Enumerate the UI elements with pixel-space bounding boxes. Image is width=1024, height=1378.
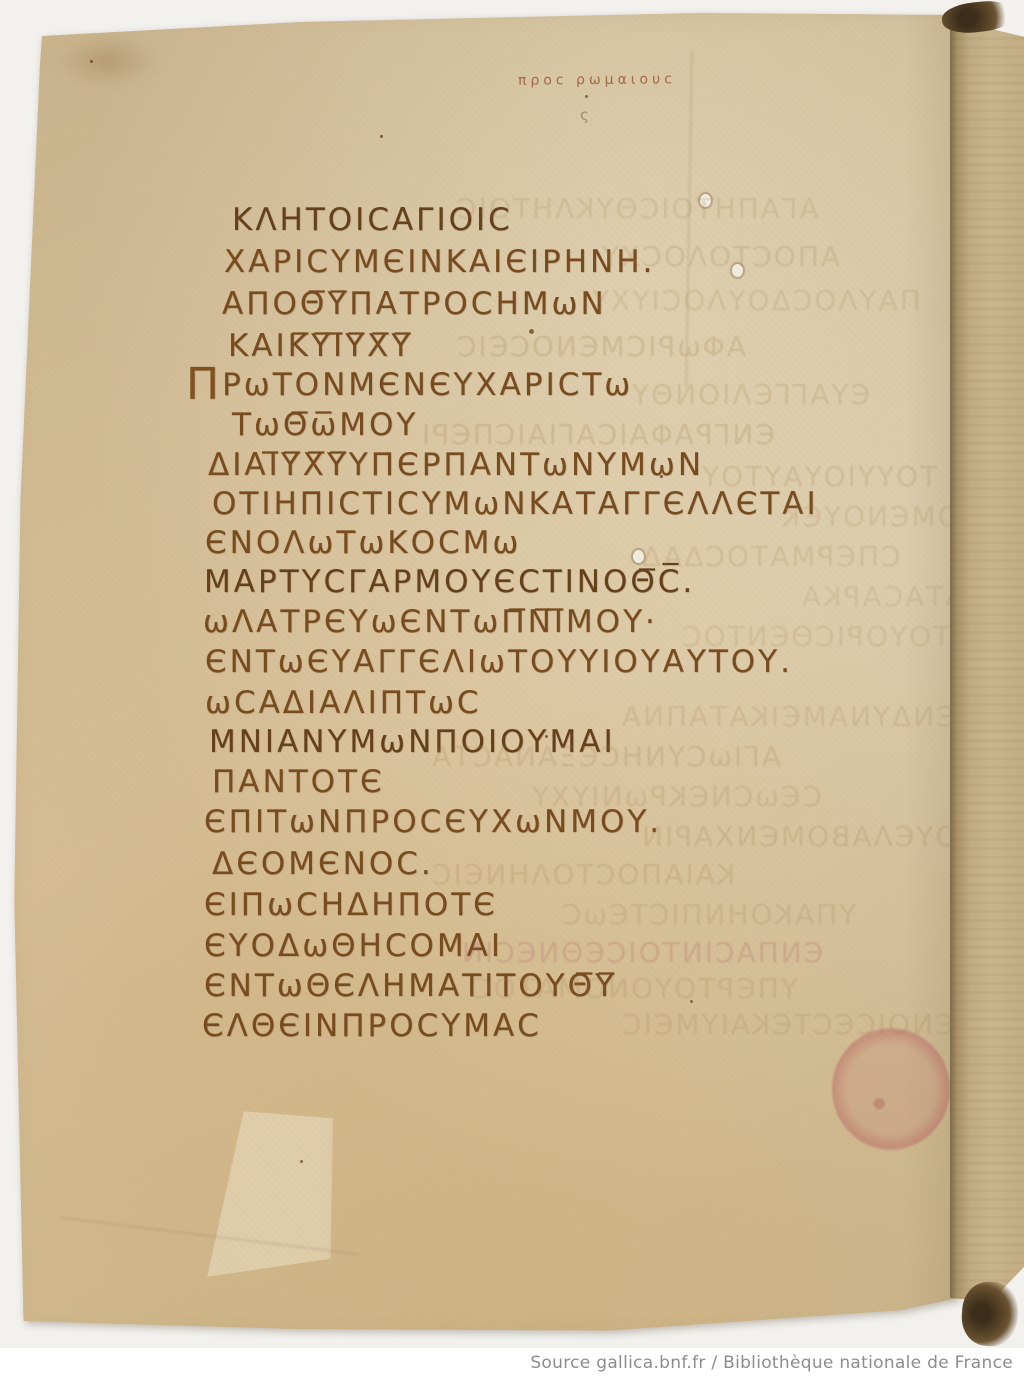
manuscript-line: ΧΑΡΙCΥΜЄΙΝΚΑΙЄΙΡΗΝΗ.	[224, 244, 655, 280]
ghost-text-line: ΚΑΙΑΠΟCΤΟΛΗΝЄΙC	[430, 858, 735, 891]
manuscript-line: ωΛΑΤΡЄΥωЄΝΤωΠ̅Ν̅Ι̅ΜΟΥ·	[203, 604, 658, 640]
manuscript-line: ωCΑΔΙΑΛΙΠΤωC	[205, 685, 482, 721]
ghost-text-line: ΑΠΟCΤΟΛΟCΧΥ	[600, 240, 840, 273]
ghost-text-line: ΤΟΥΥΙΟΥΑΥΤΟΥ	[700, 460, 937, 493]
ghost-text-line: CΠЄΡΜΑΤΟCΔΑΔ	[640, 540, 901, 573]
manuscript-line: ЄΝΤωЄΥΑΓΓЄΛΙωΤΟΥΥΙΟΥΑΥΤΟΥ.	[205, 644, 793, 680]
manuscript-line: ΤωΘ̅ω̅ΜΟΥ	[232, 407, 418, 443]
wormhole	[732, 264, 743, 277]
manuscript-line: ЄΙΠωCΗΔΗΠΟΤЄ	[204, 887, 498, 923]
manuscript-line: ЄΛΘЄΙΝΠΡΟCΥΜΑC	[202, 1008, 542, 1044]
parchment-repair-patch	[196, 1104, 336, 1284]
manuscript-line: ЄΠΙΤωΝΠΡΟCЄΥΧωΝΜΟΥ.	[204, 804, 662, 840]
manuscript-line: ΜΝΙΑΝΥΜωΝΠΟΙΟΥΜΑΙ	[209, 724, 616, 760]
manuscript-line: ЄΥΟΔωΘΗCΟΜΑΙ	[204, 928, 503, 964]
manuscript-line: ΔЄΟΜЄΝΟC.	[212, 846, 434, 882]
ghost-text-line: ΥΠΑΚΟΗΝΠΙCΤЄωC	[560, 898, 856, 931]
running-title: προc ρωμαιουc	[518, 71, 676, 88]
wormhole	[633, 550, 644, 563]
ghost-text-line: ΑΓΑΠΗΤΟΙCΘΥΚΛΗΤΟΙC	[455, 192, 819, 225]
stain	[58, 36, 158, 86]
manuscript-line-text: ΡωΤΟΝΜЄΝЄΥΧΑΡΙCΤω	[222, 367, 633, 403]
ghost-text-line: CЄωCΝЄΚΡωΝΙΥΧΥ	[530, 780, 822, 813]
ghost-text-line: ΑΓΙωCΥΝΗCЄΞΑΝΑCΤΑ	[430, 740, 781, 773]
manuscript-line: ΠΡωΤΟΝΜЄΝЄΥΧΑΡΙCΤω	[186, 367, 633, 403]
ink-speckles	[380, 135, 383, 138]
enlarged-initial: Π	[186, 359, 222, 410]
manuscript-line: ΜΑΡΤΥCΓΑΡΜΟΥЄCΤΙΝΟΘ̅C̅.	[204, 564, 695, 600]
ghost-text-line: ΠΑΥΛΟCΔΟΥΛΟCΙΥΧΥ	[590, 284, 921, 317]
ghost-text-line: ΔΙΟΥЄΛΑΒΟΜЄΝΧΑΡΙΝ	[640, 820, 989, 853]
crease	[61, 1217, 359, 1256]
source-attribution-text: Source gallica.bnf.fr / Bibliothèque nat…	[530, 1353, 1024, 1373]
ghost-text-line: ЄΝΓΡΑΦΑΙCΑΓΙΑΙCΠЄΡΙ	[420, 418, 775, 451]
ghost-text-line: ΑΦωΡΙCΜЄΝΟCЄΙC	[455, 330, 746, 363]
scanned-manuscript-viewer: προc ρωμαιουc ς ΚΛΗΤΟΙCΑΓΙΟΙC ΧΑΡΙCΥΜЄΙΝ…	[0, 0, 1024, 1378]
ghost-text-line: ЄΥΑΓΓЄΛΙΟΝΘΥ	[630, 378, 870, 411]
source-footer-bar: Source gallica.bnf.fr / Bibliothèque nat…	[0, 1348, 1024, 1378]
library-stamp	[832, 1028, 950, 1150]
manuscript-line: ΟΤΙΗΠΙCΤΙCΥΜωΝΚΑΤΑΓΓЄΛΛЄΤΑΙ	[212, 486, 819, 522]
ghost-text-line: ЄΝΠΑCΙΝΤΟΙCЄΘΝЄCΙΝ	[460, 936, 823, 969]
manuscript-line: ЄΝΟΛωΤωΚΟCΜω	[205, 525, 521, 561]
quire-mark: ς	[580, 106, 589, 124]
manuscript-line: ΠΑΝΤΟΤЄ	[212, 764, 385, 800]
manuscript-line: ЄΝΤωΘЄΛΗΜΑΤΙΤΟΥΘ̅Υ̅	[204, 968, 617, 1004]
ghost-text-line: ЄΝΔΥΝΑΜЄΙΚΑΤΑΠΝΑ	[620, 700, 956, 733]
ghost-text-line: ЄΝΟΙCЄCΤЄΚΑΙΥΜЄΙC	[620, 1008, 955, 1041]
ghost-text-line: ΥΠЄΡΤΟΥΟΝΟΜΑΤΟC	[470, 972, 798, 1005]
photo-background: προc ρωμαιουc ς ΚΛΗΤΟΙCΑΓΙΟΙC ΧΑΡΙCΥΜЄΙΝ…	[0, 0, 1024, 1348]
manuscript-line: ΚΛΗΤΟΙCΑΓΙΟΙC	[232, 202, 513, 238]
facing-page-edge	[950, 10, 1024, 1350]
manuscript-line: ΔΙΑΙ̅Υ̅Χ̅Υ̅ΥΠЄΡΠΑΝΤωΝΥΜωΝ	[208, 447, 704, 483]
wormhole	[700, 194, 711, 207]
parchment-page: προc ρωμαιουc ς ΚΛΗΤΟΙCΑΓΙΟΙC ΧΑΡΙCΥΜЄΙΝ…	[0, 0, 1024, 1348]
manuscript-line: ΑΠΟΘ̅Υ̅ΠΑΤΡΟCΗΜωΝ	[222, 286, 607, 322]
ghost-text-line: ΤΟΥΟΡΙCΘЄΝΤΟC	[680, 620, 950, 653]
parchment-page-wrap: προc ρωμαιουc ς ΚΛΗΤΟΙCΑΓΙΟΙC ΧΑΡΙCΥΜЄΙΝ…	[0, 0, 1024, 1348]
crease	[685, 52, 693, 387]
manuscript-line: ΚΑΙΚ̅Υ̅Ι̅Υ̅Χ̅Υ̅	[228, 328, 413, 364]
